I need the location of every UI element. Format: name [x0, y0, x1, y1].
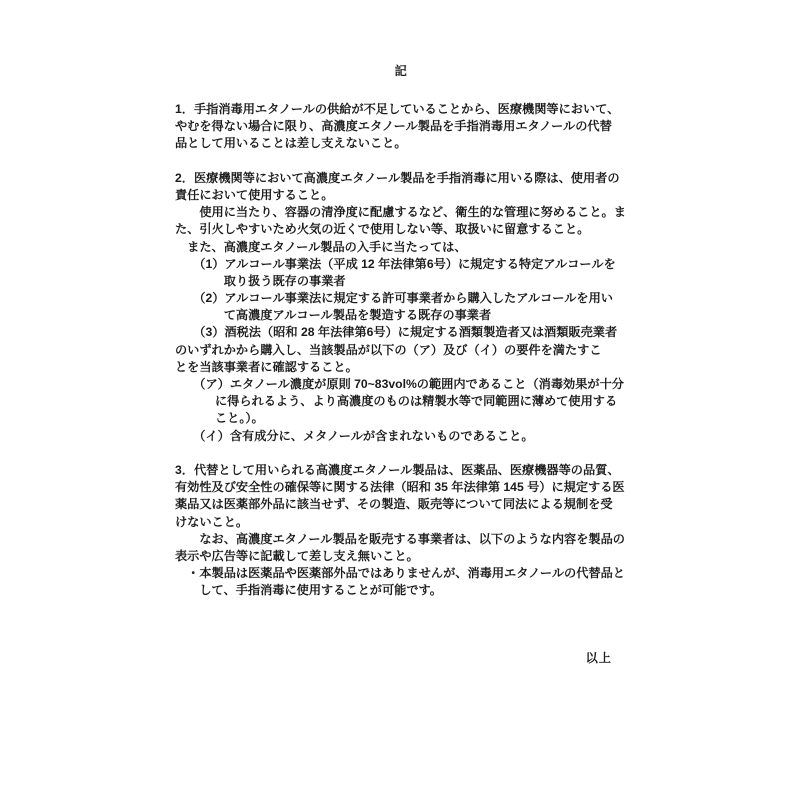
text-line: （1）アルコール事業法（平成 12 年法律第6号）に規定する特定アルコールを	[175, 256, 675, 273]
document-heading: 記	[175, 63, 627, 80]
text-line: こと。）。	[175, 410, 675, 427]
text-line: て高濃度アルコール製品を製造する既存の事業者	[175, 307, 675, 324]
text-line	[175, 445, 675, 462]
text-line: 3．代替として用いられる高濃度エタノール製品は、医薬品、医療機器等の品質、	[175, 462, 675, 479]
text-line: 薬品又は医薬部外品に該当せず、その製造、販売等について同法による規制を受	[175, 496, 675, 513]
text-line: 2．医療機関等において高濃度エタノール製品を手指消毒に用いる際は、使用者の	[175, 170, 675, 187]
document-page: 記 1．手指消毒用エタノールの供給が不足していることから、医療機関等において、や…	[0, 0, 800, 800]
text-line: （イ）含有成分に、メタノールが含まれないものであること。	[175, 428, 675, 445]
text-line: 取り扱う既存の事業者	[175, 273, 675, 290]
text-line: やむを得ない場合に限り、高濃度エタノール製品を手指消毒用エタノールの代替	[175, 118, 675, 135]
text-line	[175, 153, 675, 170]
text-line: 有効性及び安全性の確保等に関する法律（昭和 35 年法律第 145 号）に規定す…	[175, 479, 675, 496]
text-line: 品として用いることは差し支えないこと。	[175, 135, 675, 152]
text-line: とを当該事業者に確認すること。	[175, 359, 675, 376]
text-line: （ア）エタノール濃度が原則 70~83vol%の範囲内であること（消毒効果が十分	[175, 376, 675, 393]
text-line: けないこと。	[175, 514, 675, 531]
document-body: 1．手指消毒用エタノールの供給が不足していることから、医療機関等において、やむを…	[175, 101, 675, 599]
document-closing: 以上	[175, 650, 612, 667]
text-line: た、引火しやすいため火気の近くで使用しない等、取扱いに留意すること。	[175, 221, 675, 238]
text-line: （3）酒税法（昭和 28 年法律第6号）に規定する酒類製造者又は酒類販売業者	[175, 324, 675, 341]
text-line: なお、高濃度エタノール製品を販売する事業者は、以下のような内容を製品の	[175, 531, 675, 548]
text-line: 使用に当たり、容器の清浄度に配慮するなど、衛生的な管理に努めること。ま	[175, 204, 675, 221]
text-line: に得られるよう、より高濃度のものは精製水等で同範囲に薄めて使用する	[175, 393, 675, 410]
text-line: ・本製品は医薬品や医薬部外品ではありませんが、消毒用エタノールの代替品と	[175, 565, 675, 582]
text-line: また、高濃度エタノール製品の入手に当たっては、	[175, 239, 675, 256]
text-line: 責任において使用すること。	[175, 187, 675, 204]
text-line: （2）アルコール事業法に規定する許可事業者から購入したアルコールを用い	[175, 290, 675, 307]
text-line: して、手指消毒に使用することが可能です。	[175, 582, 675, 599]
text-line: のいずれかから購入し、当該製品が以下の（ア）及び（イ）の要件を満たすこ	[175, 342, 675, 359]
text-line: 1．手指消毒用エタノールの供給が不足していることから、医療機関等において、	[175, 101, 675, 118]
text-line: 表示や広告等に記載して差し支え無いこと。	[175, 548, 675, 565]
